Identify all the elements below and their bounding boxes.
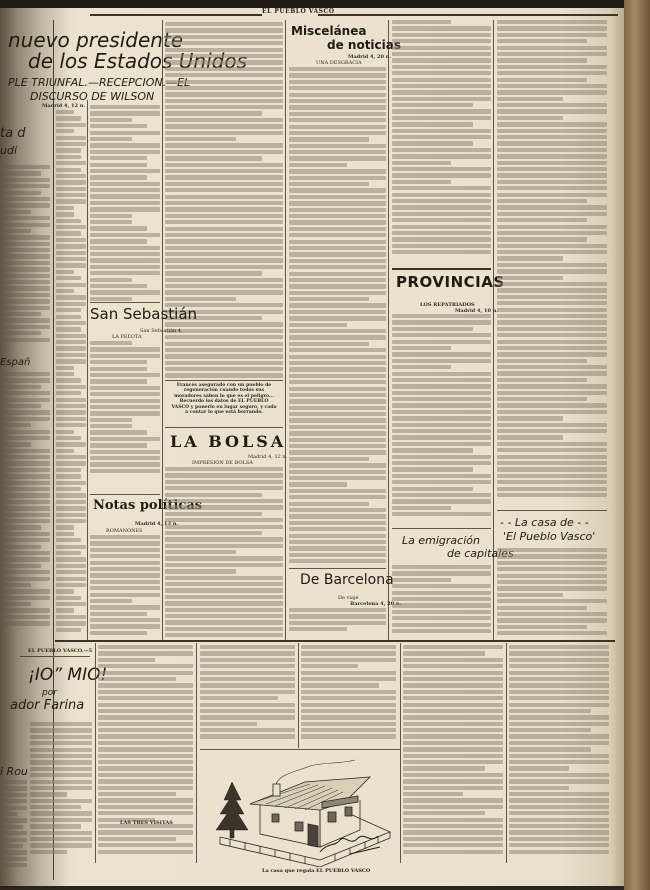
text-line xyxy=(2,786,27,790)
text-line xyxy=(289,233,386,237)
text-line xyxy=(289,457,369,461)
text-line xyxy=(289,450,386,454)
text-line xyxy=(497,612,607,616)
text-line xyxy=(56,577,86,581)
text-line xyxy=(392,423,491,427)
text-line xyxy=(90,586,160,590)
text-line xyxy=(165,150,283,154)
text-line xyxy=(165,67,283,71)
text-line xyxy=(509,805,609,809)
text-line xyxy=(497,231,607,235)
text-line xyxy=(200,671,295,675)
text-line xyxy=(200,677,295,681)
text-line xyxy=(165,233,283,237)
text-line xyxy=(509,683,609,687)
text-line xyxy=(403,843,503,847)
text-line xyxy=(90,246,160,250)
text-line xyxy=(392,320,491,324)
text-line xyxy=(392,327,473,331)
text-line xyxy=(90,418,132,422)
text-line xyxy=(165,195,283,199)
text-line xyxy=(165,175,283,179)
text-line xyxy=(165,131,283,135)
text-line xyxy=(90,214,132,218)
text-line xyxy=(56,180,86,184)
text-line xyxy=(56,321,86,325)
text-line xyxy=(165,265,283,269)
text-line xyxy=(289,393,386,397)
text-line xyxy=(165,284,283,288)
text-line xyxy=(289,489,386,493)
text-line xyxy=(90,271,160,275)
text-line xyxy=(56,212,74,216)
text-line xyxy=(2,171,41,175)
text-line xyxy=(165,493,262,497)
text-line xyxy=(301,696,396,700)
text-line xyxy=(90,469,160,473)
text-line xyxy=(30,748,92,752)
text-line xyxy=(2,474,50,478)
text-line xyxy=(90,194,160,198)
text-line xyxy=(497,39,587,43)
text-line xyxy=(392,135,491,139)
text-line xyxy=(509,696,609,700)
text-line xyxy=(90,347,160,351)
text-line xyxy=(509,651,609,655)
text-line xyxy=(301,722,396,726)
text-line xyxy=(98,658,155,662)
text-line xyxy=(289,374,386,378)
text-line xyxy=(497,320,607,324)
text-line xyxy=(289,444,386,448)
text-line xyxy=(56,538,81,542)
text-line xyxy=(497,346,607,350)
text-line xyxy=(2,825,23,829)
text-line xyxy=(497,580,607,584)
text-line xyxy=(30,767,92,771)
text-line xyxy=(497,263,607,267)
text-line xyxy=(2,235,50,239)
text-line xyxy=(497,218,587,222)
text-line xyxy=(509,824,609,828)
section-romanones: ROMANONES xyxy=(106,528,143,534)
text-line xyxy=(403,664,503,668)
text-line xyxy=(2,442,31,446)
text-line xyxy=(2,254,50,258)
house-drawing-icon xyxy=(200,752,405,867)
text-line xyxy=(165,633,283,637)
text-line xyxy=(165,92,283,96)
text-line xyxy=(2,621,50,625)
text-line xyxy=(289,80,386,84)
text-line xyxy=(509,760,609,764)
text-line xyxy=(165,124,283,128)
text-line xyxy=(289,323,347,327)
text-line xyxy=(392,231,491,235)
text-line xyxy=(56,430,74,434)
text-line xyxy=(165,188,283,192)
text-line xyxy=(2,410,50,414)
text-line xyxy=(497,467,607,471)
text-line xyxy=(392,493,491,497)
text-line xyxy=(200,722,257,726)
text-line xyxy=(403,786,503,790)
text-line xyxy=(497,148,607,152)
text-line xyxy=(30,728,92,732)
subhead-presidente-line2: DISCURSO DE WILSON xyxy=(30,90,154,103)
text-line xyxy=(90,405,160,409)
text-line xyxy=(497,97,563,101)
text-line xyxy=(165,550,236,554)
text-line xyxy=(90,554,160,558)
text-line xyxy=(2,306,50,310)
text-line xyxy=(289,195,386,199)
text-line xyxy=(301,734,396,738)
text-line xyxy=(392,597,491,601)
text-line xyxy=(165,563,283,567)
text-line xyxy=(497,71,607,75)
text-line xyxy=(392,39,491,43)
text-line xyxy=(497,340,607,344)
text-line xyxy=(289,540,386,544)
text-line xyxy=(392,199,491,203)
text-line xyxy=(497,599,607,603)
text-line xyxy=(90,443,147,447)
text-line xyxy=(497,154,607,158)
text-line xyxy=(2,229,31,233)
text-line xyxy=(392,314,491,318)
text-line xyxy=(98,792,176,796)
text-line xyxy=(392,391,491,395)
text-line xyxy=(289,546,386,550)
text-line xyxy=(497,314,607,318)
text-line xyxy=(165,505,283,509)
text-line xyxy=(90,411,160,415)
text-line xyxy=(289,169,386,173)
text-line xyxy=(165,342,283,346)
article-body-mio-mio-col2 xyxy=(98,645,193,860)
text-line xyxy=(90,424,132,428)
text-line xyxy=(30,805,81,809)
text-line xyxy=(165,86,283,90)
text-line xyxy=(289,412,386,416)
column-divider xyxy=(196,643,197,863)
section-rule xyxy=(392,268,491,270)
text-line xyxy=(2,293,50,297)
text-line xyxy=(2,818,27,822)
text-line xyxy=(497,186,607,190)
text-line xyxy=(98,805,193,809)
text-line xyxy=(98,651,193,655)
text-line xyxy=(200,651,295,655)
text-line xyxy=(165,518,283,522)
text-line xyxy=(30,818,92,822)
text-line xyxy=(56,385,86,389)
text-line xyxy=(165,544,283,548)
text-line xyxy=(165,246,283,250)
text-line xyxy=(497,26,607,30)
text-line xyxy=(56,468,81,472)
text-line xyxy=(392,467,473,471)
text-line xyxy=(200,696,278,700)
text-line xyxy=(403,824,503,828)
text-line xyxy=(392,487,473,491)
article-body-mio-mio-col1 xyxy=(30,722,92,862)
text-line xyxy=(2,780,27,784)
text-line xyxy=(2,589,50,593)
text-line xyxy=(289,227,386,231)
text-line xyxy=(392,346,451,350)
masthead-rule-left xyxy=(90,14,262,16)
text-line xyxy=(509,779,609,783)
text-line xyxy=(165,156,262,160)
text-line xyxy=(392,250,491,254)
text-line xyxy=(165,99,283,103)
text-line xyxy=(392,167,491,171)
text-line xyxy=(165,367,283,371)
text-line xyxy=(289,201,386,205)
text-line xyxy=(392,578,451,582)
text-line xyxy=(403,837,503,841)
text-line xyxy=(165,239,283,243)
text-line xyxy=(165,627,283,631)
text-line xyxy=(392,141,473,145)
text-line xyxy=(2,216,50,220)
text-line xyxy=(289,86,386,90)
text-line xyxy=(289,150,386,154)
text-line xyxy=(2,806,27,810)
text-line xyxy=(56,315,81,319)
text-line xyxy=(392,154,491,158)
text-line xyxy=(509,671,609,675)
text-line xyxy=(56,257,86,261)
text-line xyxy=(90,580,160,584)
text-line xyxy=(289,240,386,244)
column-divider xyxy=(95,643,96,863)
text-line xyxy=(2,812,17,816)
text-line xyxy=(289,553,386,557)
text-line xyxy=(392,20,451,24)
text-line xyxy=(165,143,283,147)
text-line xyxy=(2,857,27,861)
text-line xyxy=(2,602,31,606)
section-rule xyxy=(200,749,400,750)
text-line xyxy=(56,283,86,287)
text-line xyxy=(90,252,160,256)
text-line xyxy=(165,576,283,580)
text-line xyxy=(392,591,491,595)
text-line xyxy=(56,621,86,625)
text-line xyxy=(392,461,491,465)
text-line xyxy=(392,429,491,433)
text-line xyxy=(289,348,386,352)
text-line xyxy=(392,340,491,344)
text-line xyxy=(56,353,86,357)
text-line xyxy=(90,399,160,403)
text-line xyxy=(200,709,295,713)
text-line xyxy=(497,423,607,427)
text-line xyxy=(165,137,236,141)
text-line xyxy=(497,606,587,610)
text-line xyxy=(56,551,81,555)
text-line xyxy=(56,449,74,453)
text-line xyxy=(90,284,147,288)
article-body-san-sebastian xyxy=(90,341,160,481)
article-body-emigracion xyxy=(392,565,491,638)
text-line xyxy=(392,173,491,177)
text-line xyxy=(56,583,86,587)
text-line xyxy=(90,105,160,109)
text-line xyxy=(200,703,295,707)
text-line xyxy=(90,367,147,371)
text-line xyxy=(289,521,386,525)
text-line xyxy=(301,664,358,668)
text-line xyxy=(2,487,50,491)
text-line xyxy=(509,734,609,738)
article-body-mio-mio-col6 xyxy=(509,645,609,860)
text-line xyxy=(403,658,503,662)
text-line xyxy=(56,410,86,414)
text-line xyxy=(2,184,50,188)
text-line xyxy=(289,380,386,384)
text-line xyxy=(392,109,491,113)
text-line xyxy=(90,278,132,282)
text-line xyxy=(289,527,386,531)
text-line xyxy=(497,359,587,363)
text-line xyxy=(56,525,74,529)
text-line xyxy=(392,52,491,56)
text-line xyxy=(90,297,132,301)
text-line xyxy=(403,728,503,732)
text-line xyxy=(90,456,160,460)
text-line xyxy=(289,329,386,333)
left-fragment-bottom-body xyxy=(2,780,27,870)
article-body-mio-mio-col3 xyxy=(200,645,295,745)
text-line xyxy=(289,246,386,250)
article-body-barcelona xyxy=(289,608,386,638)
text-line xyxy=(289,105,386,109)
text-line xyxy=(2,398,50,402)
text-line xyxy=(165,201,283,205)
text-line xyxy=(289,361,386,365)
text-line xyxy=(403,773,503,777)
text-line xyxy=(90,561,160,565)
text-line xyxy=(392,455,491,459)
text-line xyxy=(165,297,236,301)
text-line xyxy=(289,259,386,263)
text-line xyxy=(289,291,386,295)
text-line xyxy=(98,760,193,764)
text-line xyxy=(289,67,386,71)
text-line xyxy=(392,46,491,50)
text-line xyxy=(497,129,607,133)
text-line xyxy=(392,244,491,248)
text-line xyxy=(392,65,491,69)
text-line xyxy=(56,455,86,459)
text-line xyxy=(403,760,503,764)
column-divider xyxy=(506,643,507,863)
text-line xyxy=(2,325,50,329)
text-line xyxy=(289,342,369,346)
text-line xyxy=(403,779,503,783)
text-line xyxy=(30,831,92,835)
text-line xyxy=(392,218,491,222)
text-line xyxy=(289,502,369,506)
text-line xyxy=(289,73,386,77)
text-line xyxy=(165,335,283,339)
text-line xyxy=(165,28,283,32)
text-line xyxy=(90,163,147,167)
text-line xyxy=(30,843,92,847)
text-line xyxy=(90,150,160,154)
text-line xyxy=(200,645,295,649)
text-line xyxy=(2,525,41,529)
text-line xyxy=(2,191,41,195)
house-illustration xyxy=(200,752,405,867)
book-binding xyxy=(624,0,650,890)
text-line xyxy=(497,461,607,465)
text-line xyxy=(497,212,607,216)
text-line xyxy=(56,442,86,446)
text-line xyxy=(497,474,607,478)
text-line xyxy=(509,843,609,847)
text-line xyxy=(2,831,27,835)
text-line xyxy=(392,442,491,446)
text-line xyxy=(392,359,491,363)
text-line xyxy=(98,645,193,649)
text-line xyxy=(289,387,386,391)
headline-emigracion-line1: La emigración xyxy=(402,534,480,547)
left-fragment-body xyxy=(2,165,50,345)
text-line xyxy=(497,237,587,241)
text-line xyxy=(165,473,283,477)
text-line xyxy=(165,48,283,52)
text-line xyxy=(56,493,86,497)
text-line xyxy=(392,616,491,620)
text-line xyxy=(392,629,491,633)
text-line xyxy=(56,276,81,280)
section-impresion-bolsa: IMPRESION DE BOLSA xyxy=(192,460,253,466)
headline-casa-line1: - - La casa de - - xyxy=(500,516,589,529)
left-fragment-bottom: i Rou xyxy=(0,765,28,778)
text-line xyxy=(497,403,607,407)
text-line xyxy=(2,280,50,284)
text-line xyxy=(30,792,67,796)
text-line xyxy=(56,513,86,517)
text-line xyxy=(392,512,491,516)
masthead-rule-right xyxy=(318,14,618,16)
text-line xyxy=(392,603,491,607)
text-line xyxy=(289,297,369,301)
text-line xyxy=(98,811,193,815)
text-line xyxy=(497,58,587,62)
text-line xyxy=(165,595,283,599)
text-line xyxy=(90,175,147,179)
text-line xyxy=(56,251,86,255)
text-line xyxy=(2,372,50,376)
text-line xyxy=(56,219,81,223)
text-line xyxy=(403,741,503,745)
text-line xyxy=(289,463,386,467)
text-line xyxy=(56,270,74,274)
text-line xyxy=(165,608,283,612)
text-line xyxy=(56,148,81,152)
text-line xyxy=(289,272,386,276)
text-line xyxy=(289,559,386,563)
text-line xyxy=(289,627,347,631)
text-line xyxy=(403,683,503,687)
text-line xyxy=(56,263,86,267)
